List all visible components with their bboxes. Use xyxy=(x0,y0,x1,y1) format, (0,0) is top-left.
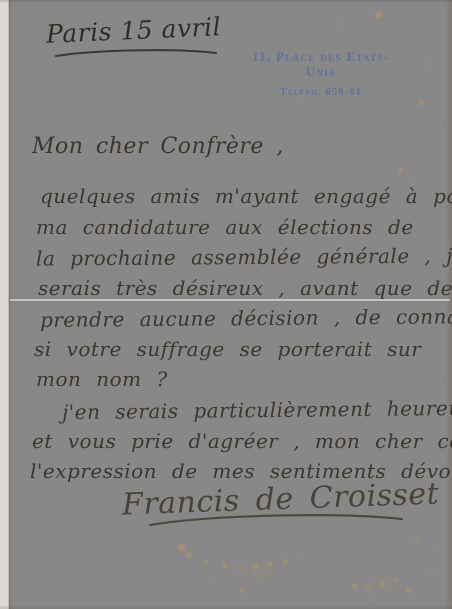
letterhead-address: 11, Place des Etats-Unis xyxy=(238,50,404,80)
foxing-spot xyxy=(435,545,438,548)
foxing-spot xyxy=(238,566,242,570)
closing-line: et vous prie d'agréer , mon cher confrèr… xyxy=(32,429,452,453)
body-line: la prochaine assemblée générale , je xyxy=(36,244,452,271)
closing-line: j'en serais particulièrement heureux xyxy=(62,396,452,424)
foxing-spot xyxy=(298,556,301,559)
body-line: si votre suffrage se porterait sur xyxy=(34,337,421,361)
body-line: quelques amis m'ayant engagé à poser xyxy=(40,184,452,208)
foxing-spot xyxy=(410,176,413,179)
body-line: mon nom ? xyxy=(36,367,168,391)
page-edge-top-shadow xyxy=(0,0,452,3)
body-line: prendre aucune décision , de connaître xyxy=(40,304,452,332)
foxing-spot xyxy=(398,168,403,173)
date-line: Paris 15 avril xyxy=(45,12,221,49)
letterhead-phone: Téléph. 659-01 xyxy=(238,87,404,98)
foxing-spot xyxy=(352,584,357,589)
foxing-spot xyxy=(204,560,208,564)
foxing-spot xyxy=(428,62,432,66)
foxing-spot xyxy=(300,93,305,98)
salutation-line: Mon cher Confrère , xyxy=(32,134,284,159)
foxing-spot xyxy=(340,22,344,26)
foxing-spot xyxy=(372,598,376,602)
foxing-spot xyxy=(394,578,398,582)
date-underline-stroke xyxy=(52,46,222,60)
foxing-spot xyxy=(406,588,411,593)
foxing-spot xyxy=(415,540,419,544)
foxing-spot xyxy=(375,12,382,19)
foxing-spot xyxy=(366,586,370,590)
foxing-spot xyxy=(253,564,258,569)
page-edge-left-shadow xyxy=(8,0,13,609)
foxing-spot xyxy=(222,563,227,568)
foxing-spot xyxy=(430,570,434,574)
foxing-spot xyxy=(380,582,385,587)
foxing-spot xyxy=(178,544,185,551)
foxing-spot xyxy=(283,559,288,564)
letterhead: 11, Place des Etats-Unis Téléph. 659-01 xyxy=(238,50,404,98)
foxing-spot xyxy=(240,588,245,593)
body-line: ma candidature aux élections de xyxy=(36,215,414,239)
foxing-spot xyxy=(186,552,192,558)
foxing-spot xyxy=(418,100,424,106)
foxing-spot xyxy=(268,562,272,566)
foxing-spot xyxy=(210,580,213,583)
letter-page: Paris 15 avril 11, Place des Etats-Unis … xyxy=(0,0,452,609)
signature-flourish xyxy=(146,510,408,530)
page-edge-bottom-shadow xyxy=(0,605,452,609)
body-line: serais très désireux , avant que de xyxy=(38,276,452,300)
